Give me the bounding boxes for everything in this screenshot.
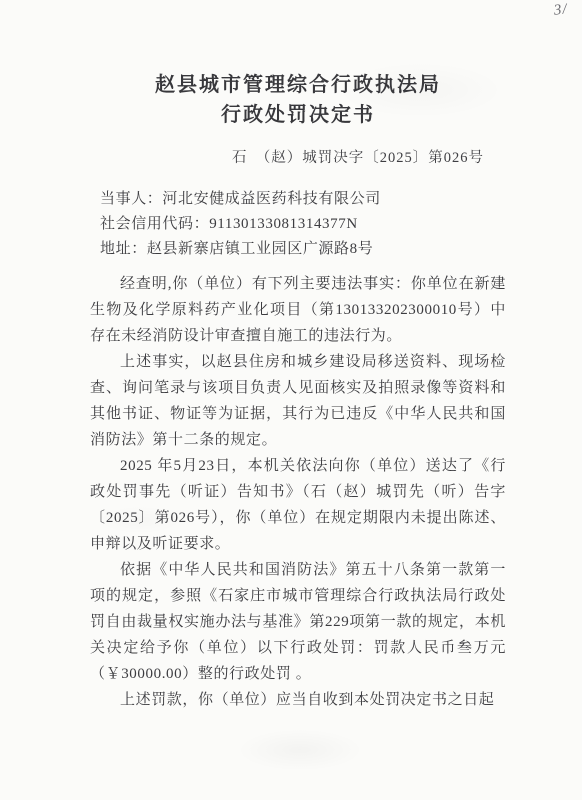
paragraph-facts: 经查明,你（单位）有下列主要违法事实：你单位在新建生物及化学原料药产业化项目（第… bbox=[90, 271, 506, 349]
document-content: 赵县城市管理综合行政执法局 行政处罚决定书 石 （赵）城罚决字〔2025〕第02… bbox=[90, 70, 506, 713]
party-name-label: 当事人： bbox=[100, 191, 162, 207]
party-name-value: 河北安健成益医药科技有限公司 bbox=[162, 191, 380, 207]
paragraph-evidence: 上述事实，以赵县住房和城乡建设局移送资料、现场检查、询问笔录与该项目负责人见面核… bbox=[90, 349, 506, 453]
document-title-type: 行政处罚决定书 bbox=[90, 100, 506, 130]
document-body: 经查明,你（单位）有下列主要违法事实：你单位在新建生物及化学原料药产业化项目（第… bbox=[90, 271, 506, 713]
party-info-block: 当事人：河北安健成益医药科技有限公司 社会信用代码：91130133081314… bbox=[100, 187, 506, 262]
credit-code-line: 社会信用代码：91130133081314377N bbox=[100, 212, 506, 237]
credit-code-value: 91130133081314377N bbox=[209, 216, 358, 232]
paragraph-penalty-decision: 依据《中华人民共和国消防法》第五十八条第一款第一项的规定，参照《石家庄市城市管理… bbox=[90, 557, 506, 687]
paragraph-payment-instruction: 上述罚款，你（单位）应当自收到本处罚决定书之日起 bbox=[90, 687, 506, 713]
address-label: 地址： bbox=[100, 241, 147, 257]
address-value: 赵县新寨店镇工业园区广源路8号 bbox=[147, 241, 374, 257]
credit-code-label: 社会信用代码： bbox=[100, 216, 209, 232]
party-name-line: 当事人：河北安健成益医药科技有限公司 bbox=[100, 187, 506, 212]
handwritten-page-number: 3/ bbox=[553, 1, 568, 19]
document-reference-number: 石 （赵）城罚决字〔2025〕第026号 bbox=[90, 146, 506, 167]
scanned-document-page: 3/ 赵县城市管理综合行政执法局 行政处罚决定书 石 （赵）城罚决字〔2025〕… bbox=[0, 0, 582, 800]
address-line: 地址：赵县新寨店镇工业园区广源路8号 bbox=[100, 237, 506, 262]
document-title-agency: 赵县城市管理综合行政执法局 bbox=[90, 70, 506, 100]
paragraph-prior-notice: 2025 年5月23日，本机关依法向你（单位）送达了《行政处罚事先（听证）告知书… bbox=[90, 453, 506, 557]
